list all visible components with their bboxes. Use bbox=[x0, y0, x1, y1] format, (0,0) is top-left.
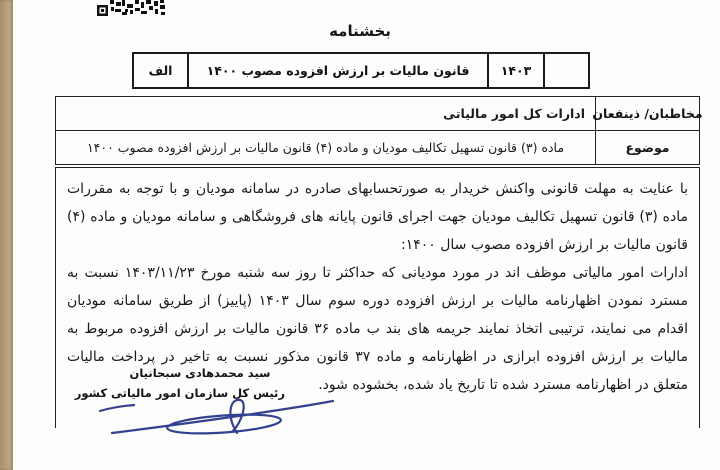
signatory-name: سید محمدهادی سبحانیان bbox=[115, 363, 285, 383]
header-cell-class: الف bbox=[134, 54, 187, 87]
signature-scribble bbox=[90, 392, 350, 450]
table-row-addressees: مخاطبان/ ذینفعان ادارات کل امور مالیاتی bbox=[56, 97, 699, 130]
header-cell-law-title: قانون مالیات بر ارزش افزوده مصوب ۱۴۰۰ bbox=[187, 54, 487, 87]
header-cell-blank bbox=[543, 54, 588, 87]
header-cell-year: ۱۴۰۳ bbox=[487, 54, 543, 87]
table-row-subject: موضوع ماده (۳) قانون تسهیل تکالیف مودیان… bbox=[56, 130, 699, 164]
addressees-value: ادارات کل امور مالیاتی bbox=[56, 97, 595, 130]
subject-label: موضوع bbox=[595, 131, 699, 164]
classification-header-table: ۱۴۰۳ قانون مالیات بر ارزش افزوده مصوب ۱۴… bbox=[132, 52, 590, 89]
qr-code-icon bbox=[97, 0, 167, 16]
subject-value: ماده (۳) قانون تسهیل تکالیف مودیان و ماد… bbox=[56, 131, 595, 164]
body-paragraph-1: با عنایت به مهلت قانونی واکنش خریدار به … bbox=[67, 175, 688, 259]
circular-document-page: بخشنامه ۱۴۰۳ قانون مالیات بر ارزش افزوده… bbox=[0, 0, 720, 470]
info-table: مخاطبان/ ذینفعان ادارات کل امور مالیاتی … bbox=[55, 96, 700, 165]
document-type-title: بخشنامه bbox=[14, 22, 706, 40]
addressees-label: مخاطبان/ ذینفعان bbox=[595, 97, 699, 130]
paper-edge-strip bbox=[0, 0, 13, 470]
